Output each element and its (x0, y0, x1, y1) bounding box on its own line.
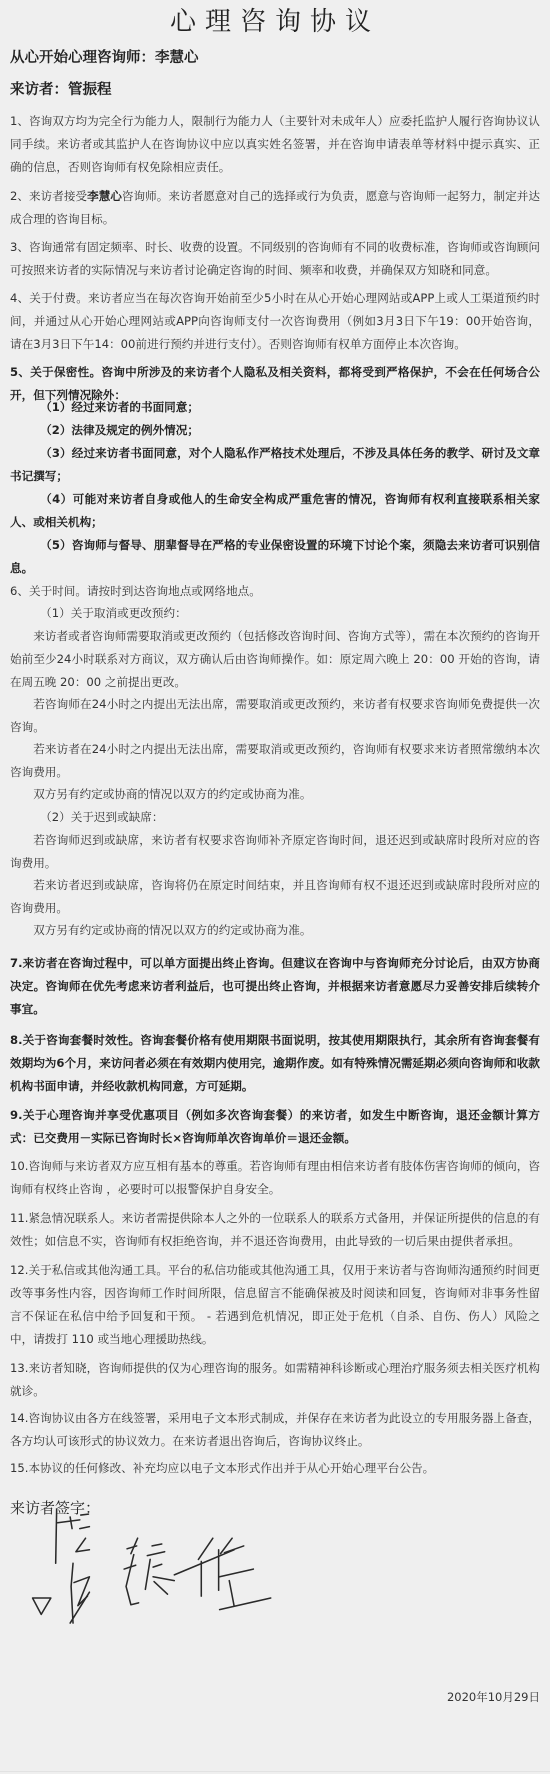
clause-6-sub2-p1: 若咨询师迟到或缺席，来访者有权要求咨询师补齐原定咨询时间，退还迟到或缺席时段所对… (10, 829, 540, 875)
clause-13: 13.来访者知晓，咨询师提供的仅为心理咨询的服务。如需精神科诊断或心理治疗服务须… (10, 1357, 540, 1403)
clause-11: 11.紧急情况联系人。来访者需提供除本人之外的一位联系人的联系方式备用，并保证所… (10, 1207, 540, 1253)
clause-5-item-3: （3）经过来访者书面同意，对个人隐私作严格技术处理后，不涉及具体任务的教学、研讨… (10, 442, 540, 488)
clause-6-sub2-title: （2）关于迟到或缺席： (10, 806, 540, 829)
counselor-line: 从心开始心理咨询师：李慧心 (10, 46, 199, 67)
clause-2: 2、来访者接受李慧心咨询师。来访者愿意对自己的选择或行为负责，愿意与咨询师一起努… (10, 185, 540, 231)
clause-2-prefix: 2、来访者接受 (10, 189, 87, 203)
clause-5-item-5: （5）咨询师与督导、朋辈督导在严格的专业保密设置的环境下讨论个案，须隐去来访者可… (10, 534, 540, 580)
clause-1: 1、咨询双方均为完全行为能力人，限制行为能力人（主要针对未成年人）应委托监护人履… (10, 110, 540, 179)
clause-6-sub1-p4: 双方另有约定或协商的情况以双方的约定或协商为准。 (10, 783, 540, 806)
clause-5-item-2: （2）法律及规定的例外情况； (10, 419, 540, 442)
document-title: 心理咨询协议 (0, 0, 550, 40)
handwritten-signature (25, 1490, 285, 1625)
clause-6-sub1-p1: 来访者或者咨询师需要取消或更改预约（包括修改咨询时间、咨询方式等），需在本次预约… (10, 625, 540, 694)
clause-14: 14.咨询协议由各方在线签署，采用电子文本形式制成，并保存在来访者为此设立的专用… (10, 1407, 540, 1453)
clause-15: 15.本协议的任何修改、补充均应以电子文本形式作出并于从心开始心理平台公告。 (10, 1457, 540, 1480)
clause-5-item-4: （4）可能对来访者自身或他人的生命安全构成严重危害的情况，咨询师有权利直接联系相… (10, 488, 540, 534)
clause-10: 10.咨询师与来访者双方应互相有基本的尊重。若咨询师有理由相信来访者有肢体伤害咨… (10, 1155, 540, 1201)
clause-5-item-1: （1）经过来访者的书面同意； (10, 396, 540, 419)
clause-6-sub2-p3: 双方另有约定或协商的情况以双方的约定或协商为准。 (10, 919, 540, 942)
clause-12: 12.关于私信或其他沟通工具。平台的私信功能或其他沟通工具，仅用于来访者与咨询师… (10, 1259, 540, 1351)
clause-9: 9.关于心理咨询并享受优惠项目（例如多次咨询套餐）的来访者，如发生中断咨询，退还… (10, 1104, 540, 1150)
clause-7: 7.来访者在咨询过程中，可以单方面提出终止咨询。但建议在咨询中与咨询师充分讨论后… (10, 952, 540, 1021)
clause-6-sub2-p2: 若来访者迟到或缺席，咨询将仍在原定时间结束，并且咨询师有权不退还迟到或缺席时段所… (10, 874, 540, 920)
signature-date: 2020年10月29日 (447, 1689, 540, 1705)
clause-6-sub1-p2: 若咨询师在24小时之内提出无法出席，需要取消或更改预约，来访者有权要求咨询师免费… (10, 693, 540, 739)
clause-6: 6、关于时间。请按时到达咨询地点或网络地点。 (10, 580, 540, 603)
counselor-name: 李慧心 (87, 189, 122, 203)
clause-4: 4、关于付费。来访者应当在每次咨询开始前至少5小时在从心开始心理网站或APP上或… (10, 287, 540, 356)
clause-6-sub1-title: （1）关于取消或更改预约： (10, 602, 540, 625)
clause-8: 8.关于咨询套餐时效性。咨询套餐价格有使用期限书面说明，按其使用期限执行，其余所… (10, 1029, 540, 1098)
visitor-line: 来访者：管振程 (10, 78, 112, 99)
bottom-divider (0, 1771, 550, 1772)
clause-3: 3、咨询通常有固定频率、时长、收费的设置。不同级别的咨询师有不同的收费标准，咨询… (10, 236, 540, 282)
clause-6-sub1-p3: 若来访者在24小时之内提出无法出席，需要取消或更改预约，咨询师有权要求来访者照常… (10, 738, 540, 784)
